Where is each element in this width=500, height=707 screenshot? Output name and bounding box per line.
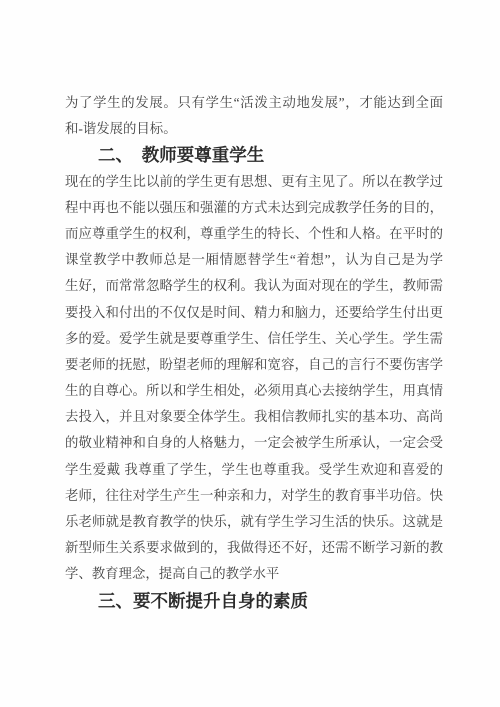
section-2-heading: 二、 教师要尊重学生: [65, 142, 443, 168]
text-line: 课堂教学中教师总是一厢情愿替学生“着想”，认为自己是为学: [65, 247, 443, 273]
text-line: 为了学生的发展。只有学生“活泼主动地发展”，才能达到全面: [65, 90, 443, 116]
text-line: 生好，而常常忽略学生的权利。我认为面对现在的学生，教师需: [65, 273, 443, 299]
document-page: 为了学生的发展。只有学生“活泼主动地发展”，才能达到全面和-谐发展的目标。 二、…: [0, 0, 500, 707]
text-line: 新型师生关系要求做到的，我做得还不好，还需不断学习新的教: [65, 535, 443, 561]
text-line: 乐老师就是教育教学的快乐，就有学生学习生活的快乐。这就是: [65, 509, 443, 535]
text-line: 要老师的抚慰，盼望老师的理解和宽容，自己的言行不要伤害学: [65, 352, 443, 378]
text-line: 老师，往往对学生产生一种亲和力，对学生的教育事半功倍。快: [65, 483, 443, 509]
text-line: 现在的学生比以前的学生更有思想、更有主见了。所以在教学过: [65, 169, 443, 195]
section-3-heading: 三、要不断提升自身的素质: [65, 588, 443, 614]
text-line: 要投入和付出的不仅仅是时间、精力和脑力，还要给学生付出更: [65, 300, 443, 326]
text-line: 学、教育理念，提高自己的教学水平: [65, 561, 443, 587]
text-line: 而应尊重学生的权利，尊重学生的特长、个性和人格。在平时的: [65, 221, 443, 247]
text-line: 去投入，并且对象要全体学生。我相信教师扎实的基本功、高尚: [65, 404, 443, 430]
section-2-paragraph: 现在的学生比以前的学生更有思想、更有主见了。所以在教学过程中再也不能以强压和强灌…: [65, 169, 443, 588]
text-line: 的敬业精神和自身的人格魅力，一定会被学生所承认，一定会受: [65, 430, 443, 456]
intro-paragraph: 为了学生的发展。只有学生“活泼主动地发展”，才能达到全面和-谐发展的目标。: [65, 90, 443, 142]
text-line: 学生爱戴 我尊重了学生，学生也尊重我。受学生欢迎和喜爱的: [65, 457, 443, 483]
text-line: 生的自尊心。所以和学生相处，必须用真心去接纳学生，用真情: [65, 378, 443, 404]
text-line: 和-谐发展的目标。: [65, 116, 443, 142]
text-line: 程中再也不能以强压和强灌的方式未达到完成教学任务的目的，: [65, 195, 443, 221]
text-line: 多的爱。爱学生就是要尊重学生、信任学生、关心学生。学生需: [65, 326, 443, 352]
